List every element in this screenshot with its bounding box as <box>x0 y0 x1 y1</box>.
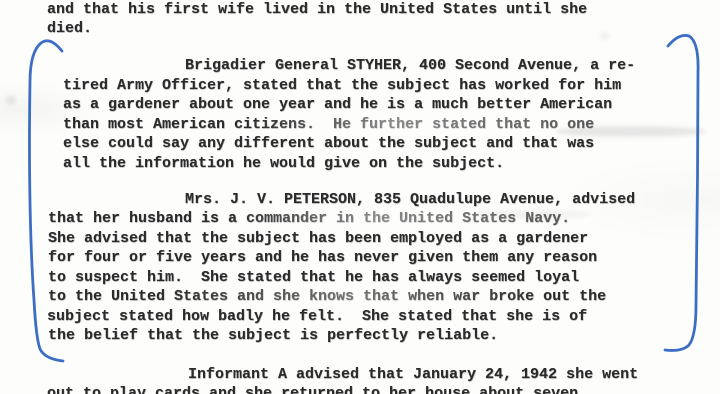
text-line: the belief that the subject is perfectly… <box>48 327 498 344</box>
text-line: to suspect him. She stated that he has a… <box>48 269 579 286</box>
scan-smudge <box>470 210 590 219</box>
text-line: Brigadier General STYHER, 400 Second Ave… <box>185 57 635 74</box>
scan-smudge <box>556 126 706 137</box>
text-line: to the United States and she knows that … <box>48 288 606 305</box>
text-line: Mrs. J. V. PETERSON, 835 Quadulupe Avenu… <box>185 191 635 208</box>
scan-smudge <box>600 33 610 39</box>
text-line: She advised that the subject has been em… <box>48 230 588 247</box>
text-line: Informant A advised that January 24, 194… <box>188 366 638 383</box>
text-line: all the information he would give on the… <box>63 155 504 172</box>
text-line: than most American citizens. He further … <box>63 116 594 133</box>
text-line: else could say any different about the s… <box>63 135 594 152</box>
text-line: tired Army Officer, stated that the subj… <box>63 77 621 94</box>
text-line: out to play cards and she returned to he… <box>47 385 578 394</box>
text-line: subject stated how badly he felt. She st… <box>47 308 587 325</box>
document-page: and that his first wife lived in the Uni… <box>0 0 720 394</box>
right-margin-bracket <box>665 35 698 350</box>
text-line: as a gardener about one year and he is a… <box>63 96 612 113</box>
text-line: and that his first wife lived in the Uni… <box>47 1 587 18</box>
text-line: died. <box>47 20 92 37</box>
scan-smudge <box>6 96 16 104</box>
text-line: for four or five years and he has never … <box>48 249 597 266</box>
